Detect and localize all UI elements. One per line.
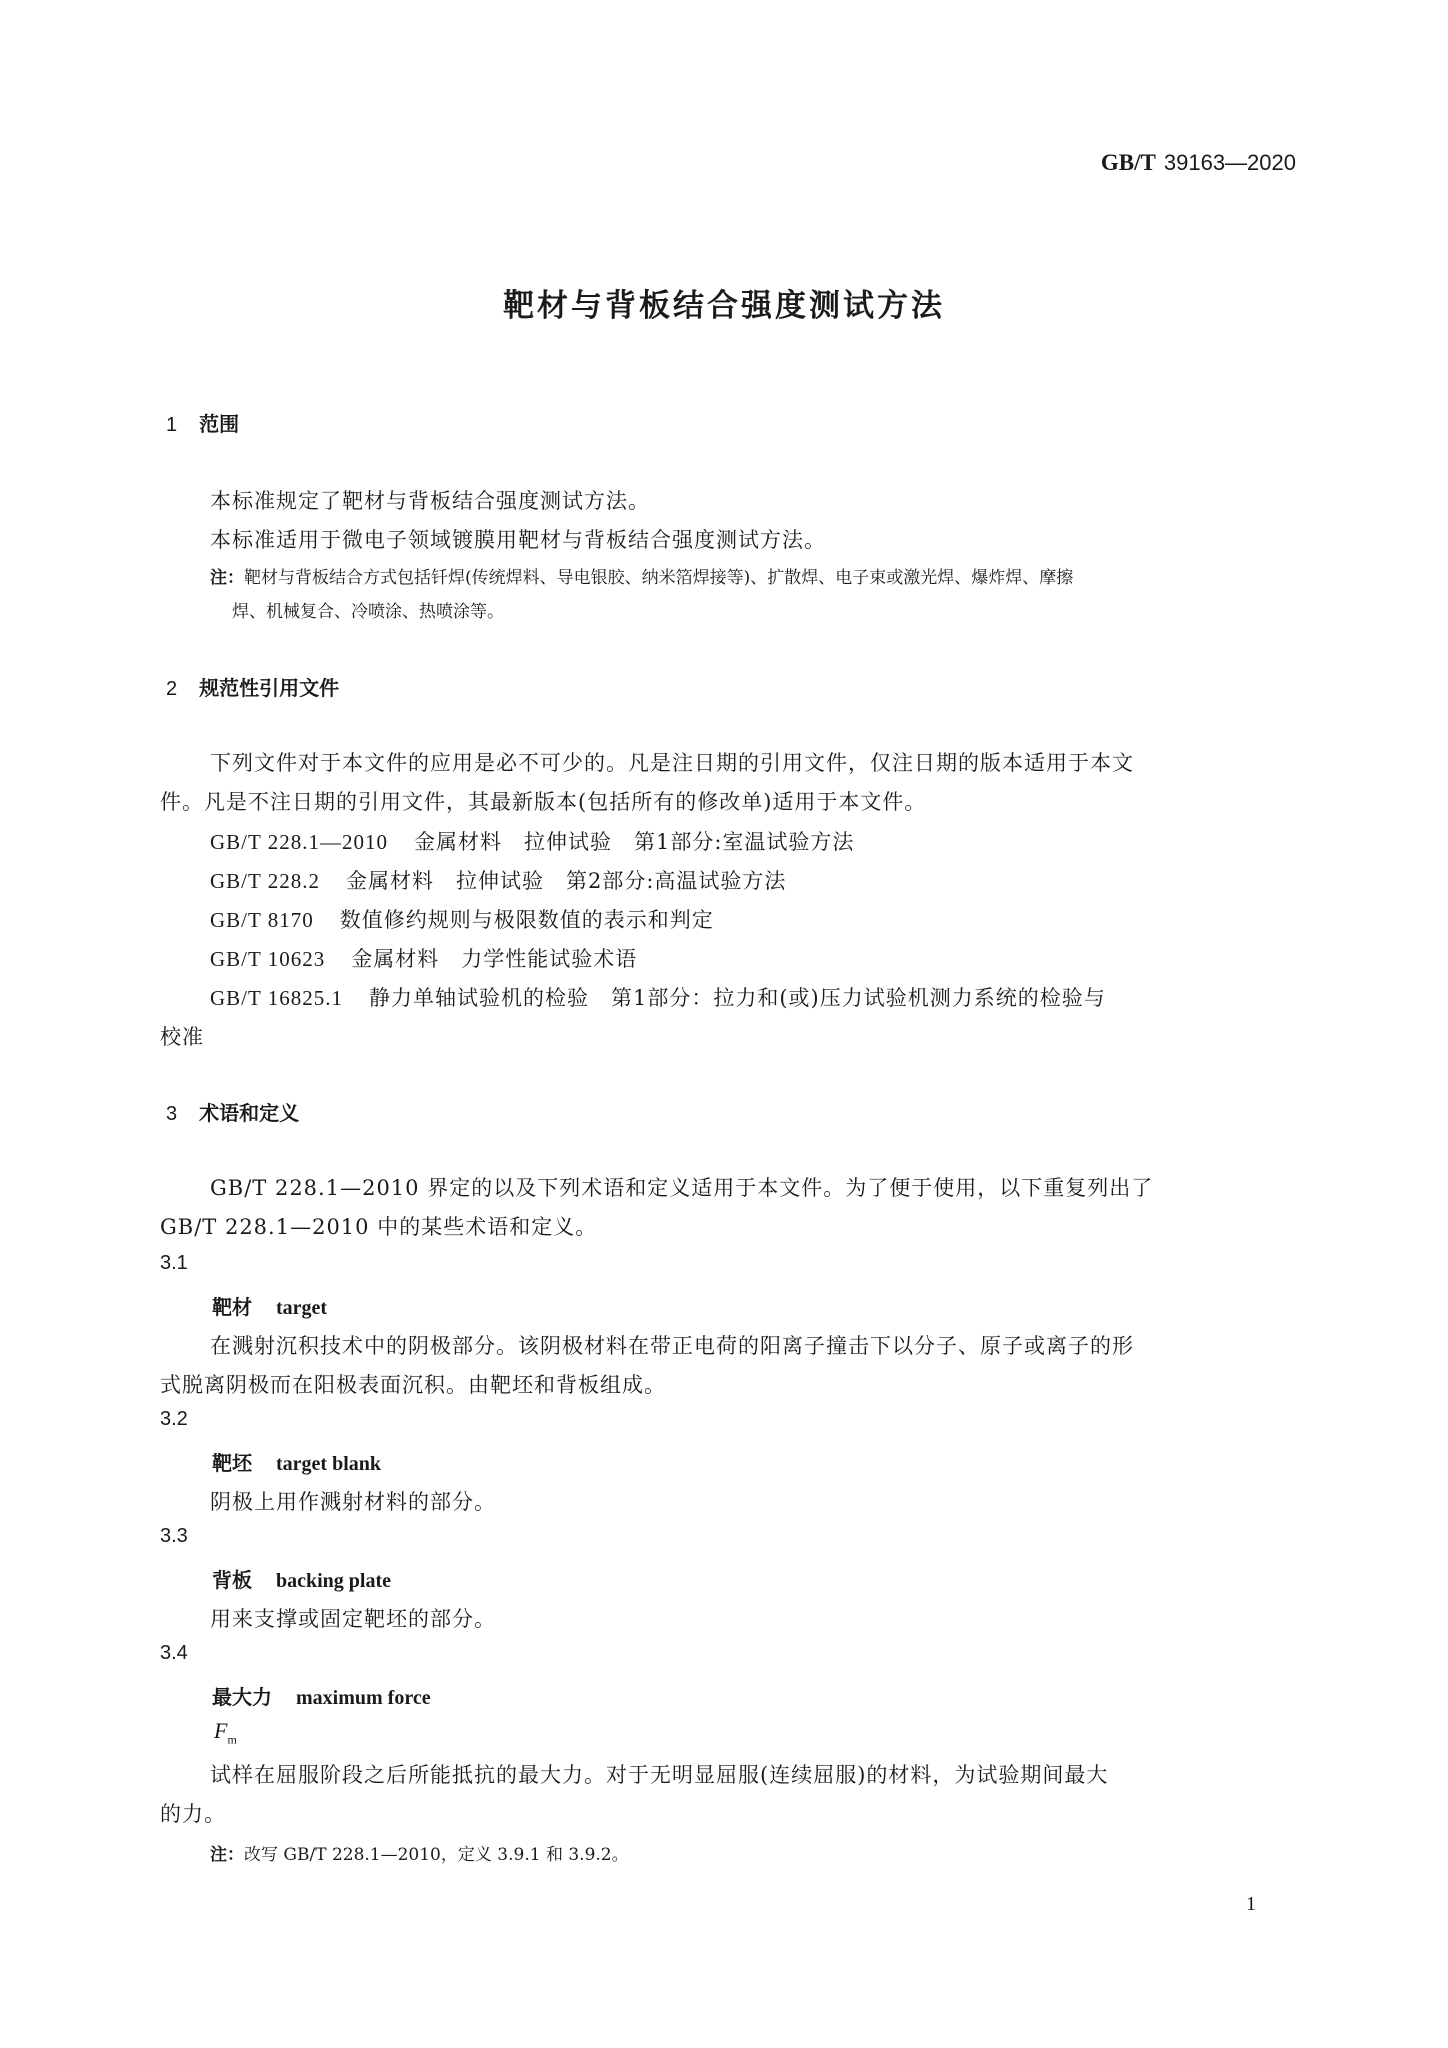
term-en: target [276, 1297, 327, 1319]
page-number: 1 [1246, 1893, 1256, 1916]
reference-title: 金属材料 力学性能试验术语 [351, 947, 637, 971]
section-title: 术语和定义 [199, 1101, 299, 1125]
symbol-subscript: m [227, 1732, 236, 1746]
reference-item: GB/T 16825.1静力单轴试验机的检验 第1部分：拉力和(或)压力试验机测… [210, 982, 1106, 1012]
term-number: 3.2 [160, 1408, 188, 1431]
term-zh: 背板 [212, 1568, 252, 1592]
reference-code: GB/T 16825.1 [210, 986, 343, 1010]
term-definition: 的力。 [160, 1798, 226, 1828]
standard-code: 39163—2020 [1164, 150, 1296, 175]
term-definition: 试样在屈服阶段之后所能抵抗的最大力。对于无明显屈服(连续屈服)的材料，为试验期间… [210, 1759, 1108, 1789]
term-note: 注：改写 GB/T 228.1—2010，定义 3.9.1 和 3.9.2。 [210, 1840, 629, 1865]
standard-prefix: GB/T [1101, 150, 1156, 175]
section-number: 2 [166, 678, 177, 700]
term-symbol: Fm [214, 1718, 237, 1747]
term-en: maximum force [296, 1687, 431, 1709]
term-zh: 最大力 [212, 1685, 272, 1709]
reference-code: GB/T 228.1—2010 [210, 830, 388, 854]
paragraph: 本标准适用于微电子领域镀膜用靶材与背板结合强度测试方法。 [210, 524, 826, 554]
reference-continuation: 校准 [160, 1021, 204, 1051]
term-en: backing plate [276, 1570, 391, 1592]
paragraph: 本标准规定了靶材与背板结合强度测试方法。 [210, 485, 650, 515]
term-en: target blank [276, 1453, 381, 1475]
section-heading-scope: 1范围 [166, 408, 239, 437]
paragraph: GB/T 228.1—2010 界定的以及下列术语和定义适用于本文件。为了便于使… [210, 1172, 1153, 1202]
note-text: 改写 GB/T 228.1—2010，定义 3.9.1 和 3.9.2。 [244, 1845, 629, 1865]
term-zh: 靶坯 [212, 1451, 252, 1475]
term-definition: 阴极上用作溅射材料的部分。 [210, 1486, 496, 1516]
section-title: 范围 [199, 412, 239, 436]
note-label: 注： [210, 1845, 244, 1865]
term-entry: 最大力maximum force [212, 1681, 431, 1710]
term-zh: 靶材 [212, 1295, 252, 1319]
reference-title: 数值修约规则与极限数值的表示和判定 [340, 908, 714, 932]
section-number: 3 [166, 1103, 177, 1125]
reference-title: 金属材料 拉伸试验 第1部分:室温试验方法 [414, 830, 854, 854]
paragraph: GB/T 228.1—2010 中的某些术语和定义。 [160, 1211, 597, 1241]
note-continuation: 焊、机械复合、冷喷涂、热喷涂等。 [232, 597, 504, 622]
note: 注：靶材与背板结合方式包括钎焊(传统焊料、导电银胶、纳米箔焊接等)、扩散焊、电子… [210, 563, 1073, 588]
section-heading-normative-references: 2规范性引用文件 [166, 672, 339, 701]
term-entry: 背板backing plate [212, 1564, 391, 1593]
term-entry: 靶材target [212, 1291, 327, 1320]
term-entry: 靶坯target blank [212, 1447, 381, 1476]
section-title: 规范性引用文件 [199, 676, 339, 700]
paragraph: 件。凡是不注日期的引用文件，其最新版本(包括所有的修改单)适用于本文件。 [160, 786, 926, 816]
reference-item: GB/T 228.1—2010金属材料 拉伸试验 第1部分:室温试验方法 [210, 826, 854, 856]
term-definition: 用来支撑或固定靶坯的部分。 [210, 1603, 496, 1633]
reference-item: GB/T 10623金属材料 力学性能试验术语 [210, 943, 637, 973]
reference-item: GB/T 8170数值修约规则与极限数值的表示和判定 [210, 904, 714, 934]
section-heading-terms-definitions: 3术语和定义 [166, 1097, 299, 1126]
term-number: 3.3 [160, 1525, 188, 1548]
reference-title: 静力单轴试验机的检验 第1部分：拉力和(或)压力试验机测力系统的检验与 [369, 986, 1106, 1010]
reference-item: GB/T 228.2金属材料 拉伸试验 第2部分:高温试验方法 [210, 865, 786, 895]
standard-number: GB/T39163—2020 [1101, 150, 1296, 176]
note-text: 靶材与背板结合方式包括钎焊(传统焊料、导电银胶、纳米箔焊接等)、扩散焊、电子束或… [244, 568, 1073, 588]
term-number: 3.1 [160, 1252, 188, 1275]
term-definition: 式脱离阴极而在阳极表面沉积。由靶坯和背板组成。 [160, 1369, 666, 1399]
symbol-main: F [214, 1718, 227, 1743]
note-label: 注： [210, 568, 244, 588]
document-title: 靶材与背板结合强度测试方法 [0, 280, 1448, 325]
reference-title: 金属材料 拉伸试验 第2部分:高温试验方法 [346, 869, 786, 893]
paragraph: 下列文件对于本文件的应用是必不可少的。凡是注日期的引用文件，仅注日期的版本适用于… [210, 747, 1134, 777]
term-number: 3.4 [160, 1642, 188, 1665]
reference-code: GB/T 228.2 [210, 869, 320, 893]
section-number: 1 [166, 414, 177, 436]
reference-code: GB/T 10623 [210, 947, 325, 971]
term-definition: 在溅射沉积技术中的阴极部分。该阴极材料在带正电荷的阳离子撞击下以分子、原子或离子… [210, 1330, 1134, 1360]
reference-code: GB/T 8170 [210, 908, 314, 932]
